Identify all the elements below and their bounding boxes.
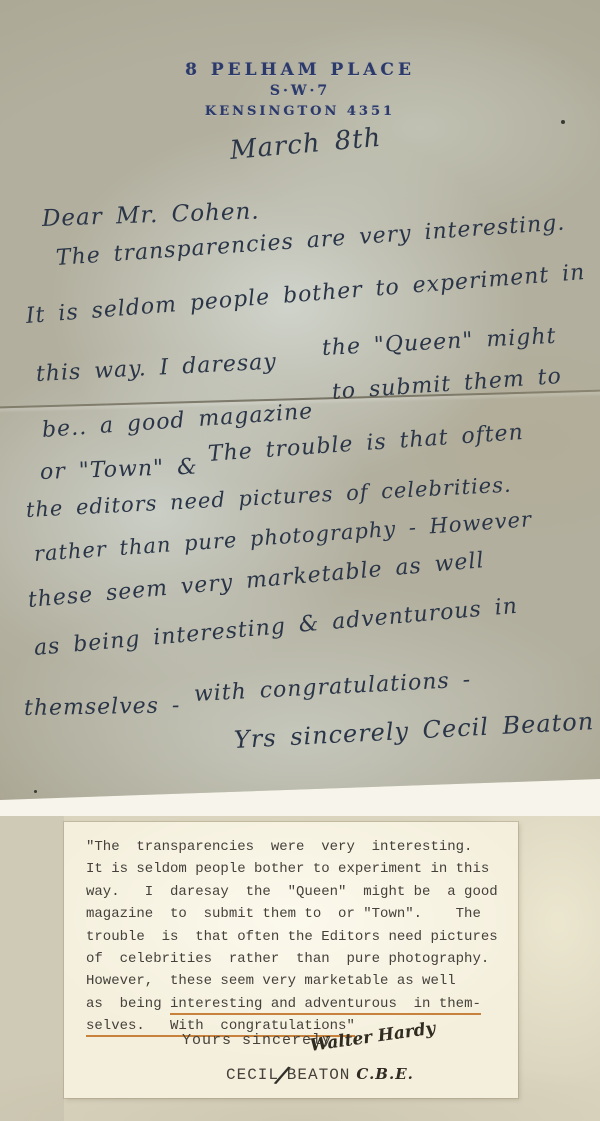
ink-speck xyxy=(34,790,37,793)
handwriting-line: this way. I daresay xyxy=(35,349,277,387)
transcription-line-text: It is seldom people bother to experiment… xyxy=(86,861,489,877)
transcription-line-text: magazine to submit them to or "Town". Th… xyxy=(86,906,481,922)
handwriting-line: to submit them to xyxy=(331,364,563,405)
signature-typed: CECIL/BEATONC.B.E. xyxy=(226,1060,414,1089)
transcription-card: "The transparencies were very interestin… xyxy=(64,822,518,1098)
handwriting-line: or "Town" & xyxy=(40,455,199,485)
letterhead-telephone: Kensington 4351 xyxy=(0,104,600,119)
transcription-line: way. I daresay the "Queen" might be a go… xyxy=(86,881,498,903)
letterhead: 8 Pelham Place S·W·7 Kensington 4351 xyxy=(0,60,600,119)
handwriting-line: the "Queen" might xyxy=(321,324,557,361)
transcription-line-text: However, these seem very marketable as w… xyxy=(86,973,456,989)
transcription-line-text: of celebrities rather than pure photogra… xyxy=(86,951,489,967)
transcription-line-text: as being xyxy=(86,996,170,1012)
signature-last-name: BEATON xyxy=(287,1066,351,1084)
transcription-text: "The transparencies were very interestin… xyxy=(86,836,498,1038)
handwriting-signature-line: Yrs sincerely Cecil Beaton xyxy=(233,707,595,754)
letterhead-address: 8 Pelham Place xyxy=(0,60,600,80)
transcription-line: "The transparencies were very interestin… xyxy=(86,836,498,858)
ink-speck xyxy=(561,120,565,124)
letterhead-district: S·W·7 xyxy=(0,83,600,99)
handwritten-letter: 8 Pelham Place S·W·7 Kensington 4351 Mar… xyxy=(0,0,600,802)
transcription-line-text: trouble is that often the Editors need p… xyxy=(86,929,498,945)
transcription-line-text: way. I daresay the "Queen" might be a go… xyxy=(86,884,498,900)
transcription-line-text: "The transparencies were very interestin… xyxy=(86,839,472,855)
handwriting-line: with congratulations - xyxy=(193,667,471,706)
underlined-text: interesting and adventurous in them- xyxy=(170,996,481,1015)
letter-date: March 8th xyxy=(229,123,383,166)
transcription-line: However, these seem very marketable as w… xyxy=(86,970,498,992)
signature-honors: C.B.E. xyxy=(356,1065,413,1083)
transcription-line: It is seldom people bother to experiment… xyxy=(86,858,498,880)
transcription-line: as being interesting and adventurous in … xyxy=(86,993,498,1015)
handwriting-salutation: Dear Mr. Cohen. xyxy=(42,198,260,232)
transcription-line: trouble is that often the Editors need p… xyxy=(86,926,498,948)
transcription-line: magazine to submit them to or "Town". Th… xyxy=(86,903,498,925)
handwriting-line: It is seldom people bother to experiment… xyxy=(25,260,586,329)
transcription-card-mat: "The transparencies were very interestin… xyxy=(0,816,600,1121)
signature-first-name: CECIL xyxy=(226,1066,279,1084)
handwriting-line: themselves - xyxy=(24,693,181,721)
scanned-letter-page: 8 Pelham Place S·W·7 Kensington 4351 Mar… xyxy=(0,0,600,1121)
transcription-line: of celebrities rather than pure photogra… xyxy=(86,948,498,970)
